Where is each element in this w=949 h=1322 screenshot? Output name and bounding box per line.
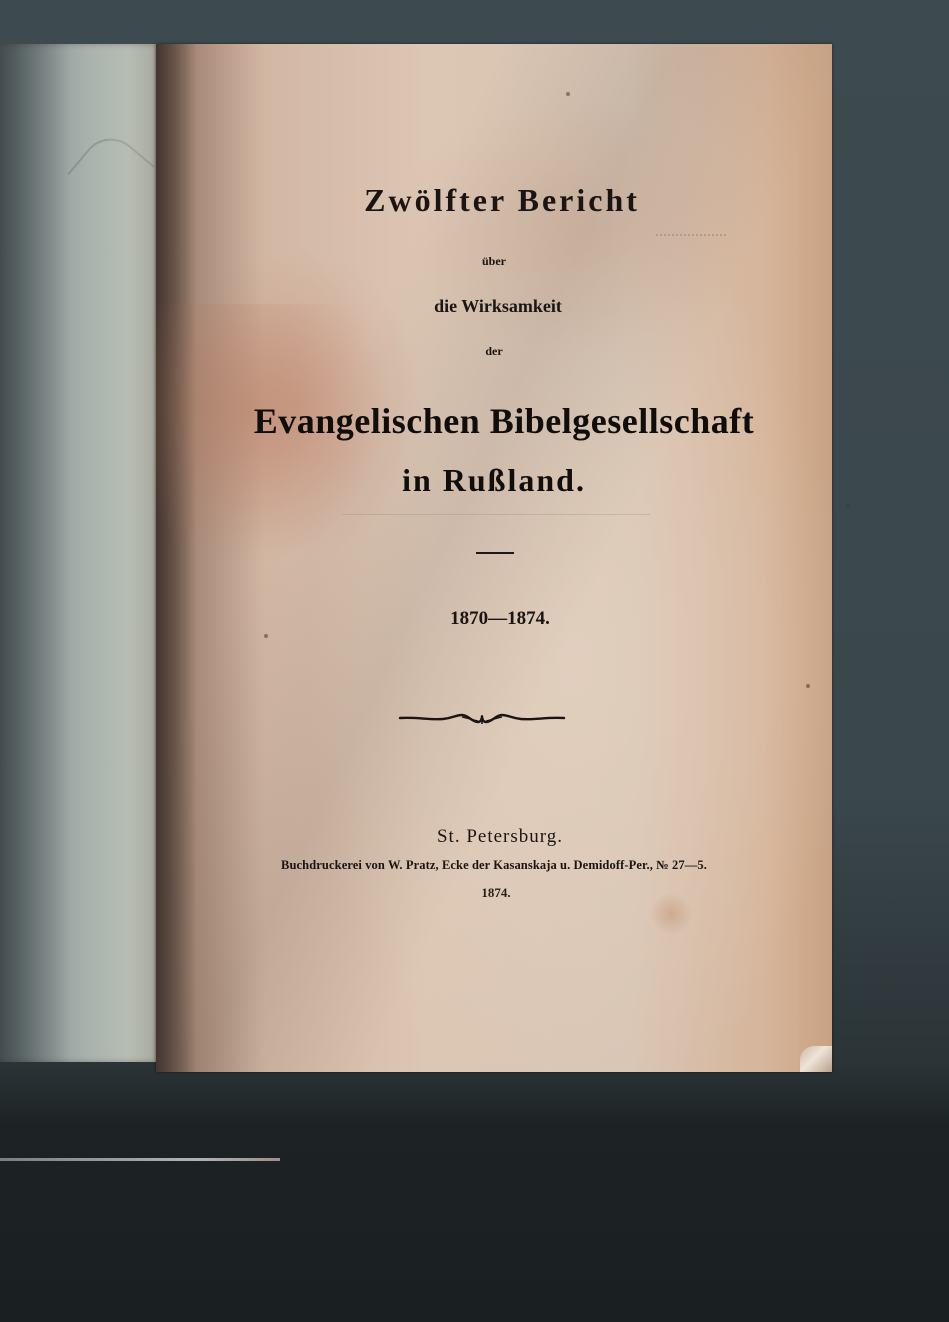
scanner-bed-shadow — [0, 1060, 949, 1322]
cover-shadow — [0, 44, 70, 1062]
ornamental-divider-icon — [398, 710, 566, 728]
foxing-dot — [566, 92, 570, 96]
dog-eared-corner — [800, 1046, 832, 1072]
bleed-through-text — [276, 504, 716, 515]
scanner-artifact-line — [0, 1158, 280, 1161]
preposition-ueber: über — [156, 254, 832, 269]
foxing-dot — [846, 504, 850, 508]
article-der: der — [156, 344, 832, 359]
period-years: 1870—1874. — [162, 608, 838, 630]
organization-name: Evangelischen Bibelgesellschaft — [166, 400, 842, 442]
pencil-annotation — [67, 126, 154, 213]
scanned-image: Zwölfter Bericht über die Wirksamkeit de… — [0, 0, 949, 1322]
imprint-printer: Buchdruckerei von W. Pratz, Ecke der Kas… — [156, 858, 832, 873]
foxing-dot — [264, 634, 268, 638]
report-title: Zwölfter Bericht — [164, 182, 840, 219]
imprint-city: St. Petersburg. — [162, 826, 838, 848]
divider-rule — [476, 552, 514, 554]
location-line: in Rußland. — [156, 462, 832, 499]
title-page: Zwölfter Bericht über die Wirksamkeit de… — [156, 44, 832, 1072]
foxing-dot — [806, 684, 810, 688]
imprint-year: 1874. — [158, 885, 834, 901]
book-cover — [0, 44, 160, 1062]
subject-line: die Wirksamkeit — [160, 296, 836, 317]
